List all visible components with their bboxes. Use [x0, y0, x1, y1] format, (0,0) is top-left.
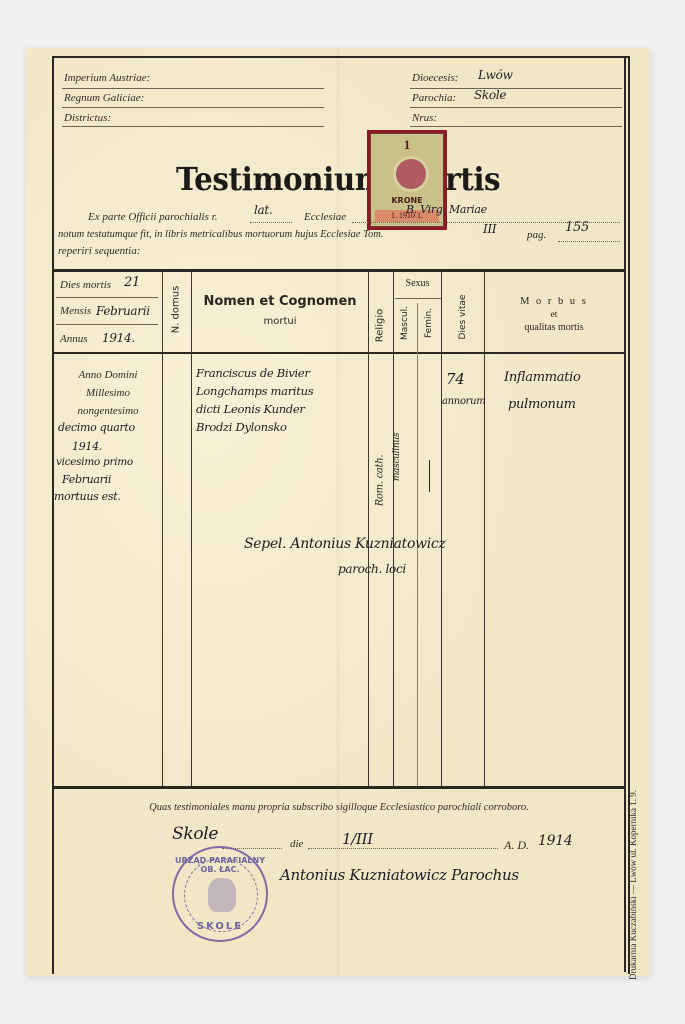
millesimo-text: Millesimo	[56, 387, 160, 399]
stamp-portrait-icon	[393, 156, 429, 192]
religio-value: Rom. cath.	[375, 449, 386, 513]
femin-mark	[429, 460, 430, 492]
field-value-dioecesis: Lwów	[478, 68, 513, 82]
annus-label: Annus	[60, 333, 88, 345]
burial-note-1: Sepel. Antonius Kuzniatowicz	[244, 536, 446, 552]
date-handwritten-4: Februarii	[62, 473, 111, 486]
divider	[62, 126, 324, 127]
table-header-rule	[52, 352, 626, 354]
field-label-regnum: Regnum Galiciae:	[64, 92, 144, 104]
field-value-parochia: Skole	[474, 88, 506, 102]
divider	[410, 126, 622, 127]
dies-vitae-unit: annorum	[442, 396, 485, 407]
date-handwritten-3: vicesimo primo	[56, 456, 133, 468]
seal-text-top: URZĄD PARAFIALNY OB. ŁAC.	[174, 856, 266, 874]
dies-mortis-label: Dies mortis	[60, 279, 111, 291]
intro-text-1: Ex parte Officii parochialis r.	[88, 211, 217, 223]
field-label-districtus: Districtus:	[64, 112, 111, 124]
mascul-value: masculinus	[392, 427, 402, 487]
col-header-n-domus: N. domus	[171, 280, 182, 340]
col-header-qualitas: qualitas mortis	[485, 322, 623, 333]
mensis-value: Februarii	[96, 304, 150, 318]
intro-text-3: reperiri sequentia:	[58, 245, 140, 257]
dies-vitae-value: 74	[446, 370, 465, 388]
col-header-femin: Femin.	[424, 298, 434, 348]
table-bottom-rule	[52, 786, 626, 789]
column-divider	[191, 270, 192, 786]
year-value: 1914	[538, 833, 572, 849]
right-border	[624, 56, 626, 972]
parish-seal: URZĄD PARAFIALNY OB. ŁAC. SKOLE	[172, 846, 268, 942]
stamp-value: 1	[371, 137, 443, 153]
intro-pag-label: pag.	[527, 229, 546, 241]
column-divider	[441, 270, 442, 786]
col-header-religio: Religio	[375, 301, 386, 351]
column-divider	[484, 270, 485, 786]
date-handwritten-1: decimo quarto	[58, 421, 135, 434]
col-header-nomen-sub: mortui	[192, 316, 368, 327]
dotted-line	[558, 241, 620, 242]
morbus-line-1: Inflammatio	[504, 370, 581, 385]
annus-value: 1914.	[102, 331, 135, 345]
col-header-mascul: Mascul.	[400, 298, 410, 348]
seal-emblem-icon	[208, 878, 236, 912]
dies-mortis-value: 21	[124, 275, 140, 290]
date-handwritten-5: mortuus est.	[54, 490, 121, 503]
table-top-rule	[52, 269, 626, 272]
nongentesimo-text: nongentesimo	[56, 405, 160, 417]
mensis-label: Mensis	[60, 305, 91, 317]
intro-text-2: notum testatumque fit, in libris metrica…	[58, 229, 383, 240]
date-value: 1/III	[342, 830, 373, 848]
deceased-name-line-1: Franciscus de Bivier	[196, 366, 310, 380]
burial-note-2: paroch. loci	[338, 562, 406, 576]
intro-pag: 155	[565, 220, 589, 235]
divider	[410, 88, 622, 89]
divider	[56, 297, 158, 298]
divider	[62, 107, 324, 108]
deceased-name-line-3: dicti Leonis Kunder	[196, 402, 305, 416]
dotted-line	[250, 222, 292, 223]
intro-church: B. Virg. Mariae	[406, 203, 487, 216]
divider	[62, 88, 324, 89]
field-label-parochia: Parochia:	[412, 92, 456, 104]
dotted-line	[308, 848, 498, 849]
morbus-line-2: pulmonum	[508, 397, 576, 412]
col-header-morbus: M o r b u s	[485, 296, 623, 307]
ad-label: A. D.	[504, 838, 529, 853]
seal-text-bottom: SKOLE	[174, 921, 266, 932]
printer-imprint: Drukarnia Kuczabiński — Lwów ul. Koperni…	[628, 760, 638, 980]
col-header-morbus-et: et	[485, 310, 623, 320]
anno-domini-text: Anno Domini	[56, 369, 160, 381]
date-handwritten-2: 1914.	[72, 440, 102, 453]
document-title: Testimonium mortis	[176, 160, 500, 198]
die-label: die	[290, 838, 303, 850]
col-header-sexus: Sexus	[394, 278, 441, 289]
divider	[410, 107, 622, 108]
field-label-imperium: Imperium Austriae:	[64, 72, 150, 84]
intro-rite: lat.	[254, 203, 272, 217]
column-divider	[393, 270, 394, 786]
deceased-name-line-2: Longchamps maritus	[196, 384, 313, 398]
priest-signature: Antonius Kuzniatowicz Parochus	[280, 866, 519, 884]
place-value: Skole	[172, 824, 218, 844]
deceased-name-line-4: Brodzi Dylonsko	[196, 420, 287, 434]
field-label-dioecesis: Dioecesis:	[412, 72, 458, 84]
attestation-text: Quas testimoniales manu propria subscrib…	[52, 802, 626, 813]
col-header-dies-vitae: Dies vitae	[458, 286, 468, 348]
divider	[56, 324, 158, 325]
intro-tom: III	[483, 222, 496, 236]
column-divider	[368, 270, 369, 786]
column-divider	[162, 270, 163, 786]
field-label-nrus: Nrus:	[412, 112, 437, 124]
intro-text-ecclesiae: Ecclesiae	[304, 211, 346, 223]
col-header-nomen: Nomen et Cognomen	[192, 294, 368, 309]
